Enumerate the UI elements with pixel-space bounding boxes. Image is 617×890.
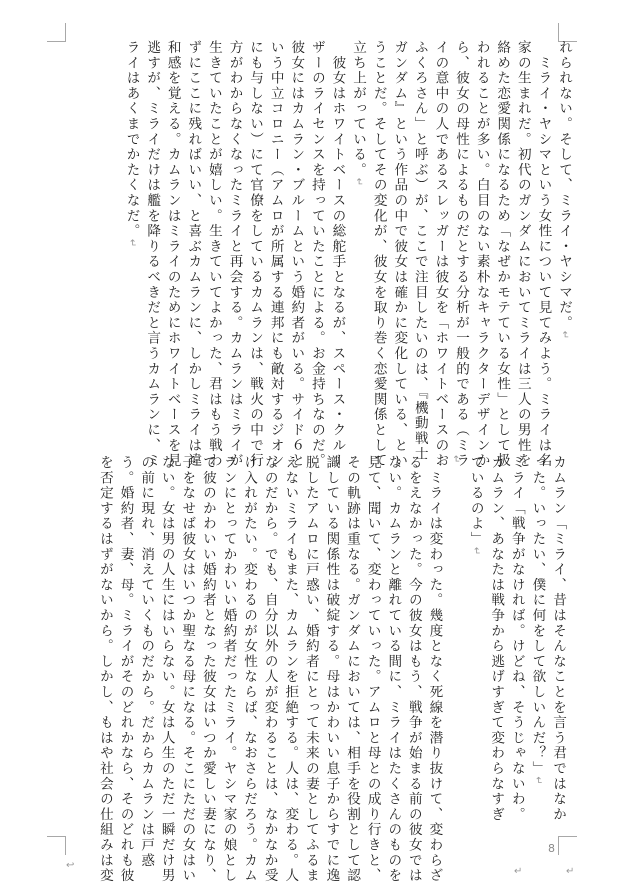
crop-mark-top-left: [47, 23, 66, 42]
text-line: れられない。そして、ミライ・ヤシマだ。: [556, 40, 572, 331]
text-line: にも与しない）にて官僚をしているカムランは、戦火の中で行: [247, 40, 263, 468]
text-line: われることが多い。白目のない素朴なキャラクターデザインか: [474, 40, 490, 468]
text-line: えないミライもまた、カムランを拒絶する。人は、変わる。人: [282, 455, 298, 883]
text-line: ら、彼女の母性によるものだとする分析が一般的である（ミラ: [453, 40, 469, 468]
paragraph-mark-icon: ↵: [514, 866, 522, 877]
paragraph-mark-icon: ↵: [127, 239, 138, 249]
text-line: う。婚約者、妻、母。ミライがそのどれかなら、そのどれも彼: [118, 455, 134, 883]
text-line: 彼女はホワイトベースの総舵手となるが、スペース・クルー: [329, 40, 345, 468]
text-line: ない。カムランと離れている間に、ミライはたくさんのものを: [385, 455, 401, 883]
text-line: 脱したアムロに戸惑い、婚約者にとって未来の妻としてふるま: [303, 455, 319, 883]
text-line: の前に現れ、消えていくものだから。だからカムランは戸惑: [138, 455, 154, 868]
text-line: ランにとってかわいい婚約者だったミライ。ヤシマ家の娘とし: [221, 455, 237, 883]
paragraph-mark-icon: ↵: [559, 331, 570, 341]
text-line: 方がわからなくなったミライと再会する。カムランはミライが: [227, 40, 243, 468]
paragraph-mark-icon: ↵: [532, 776, 543, 786]
text-line: ガンダム』という作品の中で彼女は確かに変化している、とい: [391, 40, 407, 468]
text-line: 生きていたことが嬉しい。生きていてよかった、君はもう戦わ: [206, 40, 222, 468]
text-line: を否定するはずがないから。しかし、もはや社会の仕組みは変: [97, 455, 113, 883]
text-line: その軌跡は重なる。ガンダムにおいては、相手を役割として認: [344, 455, 360, 883]
text-line: ふくろさん」と呼ぶ）が、ここで注目したいのは、『機動戦士: [412, 40, 428, 462]
text-line: るをえなかった。今の彼女はもう、戦争が始まる前の彼女では: [406, 455, 422, 883]
text-line: け入れがたい。変わるのが女性ならば、なおさらだろう。カム: [241, 455, 257, 883]
return-mark-icon: ↩: [66, 860, 74, 871]
text-line: なのだから。でも、自分以外の人が変わることは、なかなか受: [262, 455, 278, 883]
text-line: 識している関係性は破綻する。母はかわいい息子からすでに逸: [323, 455, 339, 883]
text-line: ミライ・ヤシマという女性について見てみよう。ミライは名: [535, 40, 551, 468]
text-line: 子をなせば彼女はいつか聖なる母になる。そこにただの女はい: [179, 455, 195, 883]
text-line: ずにここに残ればいい、と喜ぶカムランに、しかしミライは違: [185, 40, 201, 468]
text-line: イの意中の人であるスレッガーは彼女を「ホワイトベースのお: [432, 40, 448, 468]
text-block-top[interactable]: れられない。そして、ミライ・ヤシマだ。↵ ミライ・ヤシマという女性について見てみ…: [121, 40, 574, 420]
text-line: ミライは変わった。幾度となく死線を潜り抜けて、変わらざ: [426, 455, 442, 883]
paragraph-mark-icon: ↵: [450, 455, 461, 465]
paragraph-mark-icon: ↵: [471, 547, 482, 557]
text-line: うことだ。そしてその変化が、彼女を取り巻く恋愛関係として: [371, 40, 387, 468]
page-number: 8: [548, 842, 555, 855]
text-line: て彼のかわいい婚約者となった彼女はいつか愛しい妻になり、: [200, 455, 216, 883]
text-line: ない。女は男の人生にはいらない。女は人生のただ一瞬だけ男: [159, 455, 175, 883]
text-line: 逃すが、ミライだけは艦を降りるべきだと言うカムランに、ミ: [144, 40, 160, 468]
text-line: 家の生まれだ。初代のガンダムにおいてミライは三人の男性を: [515, 40, 531, 468]
crop-mark-bottom-right: [558, 836, 577, 855]
text-line: 立ち上がっている。: [350, 40, 366, 178]
text-line: カムラン「ミライ、昔はそんなことを言う君ではなか: [550, 455, 566, 822]
text-line: カムラン、あなたは戦争から逃げすぎて変わらなすぎ: [488, 455, 504, 822]
text-line: いう中立コロニー（アムロが所属する連邦にも敵対するジオン: [268, 40, 284, 468]
text-line: ライはあくまでかたくなだ。: [124, 40, 140, 239]
text-line: ミライ「戦争がなければ。けどね、そうじゃないわ。: [509, 455, 525, 822]
paragraph-mark-icon: ↵: [566, 866, 574, 877]
text-block-bottom[interactable]: カムラン「ミライ、昔はそんなことを言う君ではなか った。いったい、僕に何をして欲…: [94, 455, 568, 835]
paragraph-mark-icon: ↵: [353, 178, 364, 188]
text-line: ザーのライセンスを持っていたことによる。お金持ちなのだ。: [309, 40, 325, 468]
text-line: 絡めた恋愛関係になるため「なぜかモテている女性」として扱: [494, 40, 510, 468]
text-line: 和感を覚える。カムランはミライのためにホワイトベースを見: [165, 40, 181, 468]
text-line: った。いったい、僕に何をして欲しいんだ？」: [529, 455, 545, 776]
text-line: 見て、聞いて、変わっていった。アムロと母との成り行きと、: [365, 455, 381, 883]
text-line: 彼女にはカムラン・ブルームという婚約者がいる。サイド６と: [288, 40, 304, 468]
text-line: ているのよ」: [468, 455, 484, 547]
crop-mark-bottom-left: [47, 836, 66, 855]
document-page: れられない。そして、ミライ・ヤシマだ。↵ ミライ・ヤシマという女性について見てみ…: [0, 0, 617, 890]
